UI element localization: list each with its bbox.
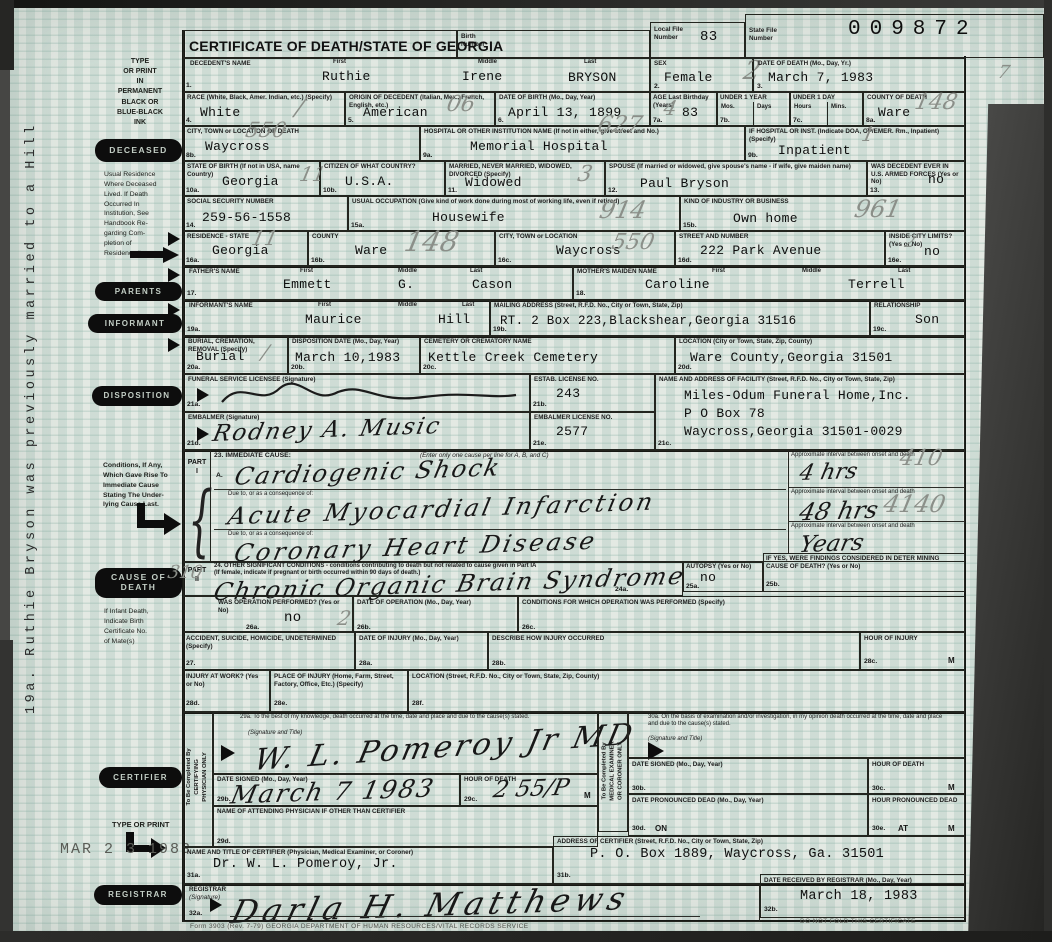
- chevron-disposition-icon: [168, 338, 180, 352]
- tab-deceased: DECEASED: [95, 139, 182, 162]
- funeral-licensee-signature: [216, 378, 521, 408]
- cause-b-code: 4140: [881, 490, 948, 518]
- embalmer-signature-arrow-icon: [197, 427, 209, 441]
- form-number-footer: Form 3903 (Rev. 7-79) GEORGIA DEPARTMENT…: [190, 923, 528, 930]
- occupation-num: 15a.: [351, 222, 364, 229]
- infant-instruction: If Infant Death, Indicate Birth Certific…: [104, 607, 178, 646]
- funeral-signature-arrow-icon: [197, 388, 209, 402]
- residence-state-code: 11: [249, 226, 280, 250]
- residence-instruction: Usual Residence Where Deceased Lived. If…: [104, 170, 178, 259]
- residence-arrow-stem: [130, 251, 164, 258]
- immediate-cause-label: 23. IMMEDIATE CAUSE:: [214, 452, 291, 460]
- informant-label: INFORMANT'S NAME: [189, 302, 253, 310]
- armed-forces-value: no: [928, 172, 944, 187]
- decedent-last-value: BRYSON: [568, 70, 617, 85]
- operation-conditions-num: 26c.: [522, 624, 535, 631]
- injury-work-num: 28d.: [186, 700, 200, 707]
- mother-first-header: First: [712, 268, 725, 274]
- hour-of-death-30-num: 30c.: [872, 785, 885, 792]
- attending-physician-label: NAME OF ATTENDING PHYSICIAN IF OTHER THA…: [217, 808, 405, 816]
- citizen-num: 10b.: [323, 187, 337, 194]
- ssn-num: 14.: [186, 222, 195, 229]
- decedent-name-label: DECEDENT'S NAME: [190, 60, 251, 68]
- hospital-code: 627: [595, 112, 644, 138]
- date-signed-30-label: DATE SIGNED (Mo., Day, Year): [632, 761, 723, 769]
- disposition-type-num: 20a.: [187, 364, 200, 371]
- armed-forces-num: 13.: [870, 187, 879, 194]
- armed-forces-label: WAS DECEDENT EVER IN U.S. ARMED FORCES (…: [871, 163, 959, 186]
- injury-place-label: PLACE OF INJURY (Home, Farm, Street, Fac…: [274, 673, 402, 688]
- chevron-parents-icon: [168, 268, 180, 282]
- pronounced-date-num: 30d.: [632, 825, 646, 832]
- origin-value: American: [363, 105, 428, 120]
- marital-num: 11.: [448, 187, 457, 194]
- hours-col-header: Hours: [794, 104, 811, 110]
- facility-line2: P O Box 78: [684, 406, 765, 421]
- last-col-header: Last: [584, 59, 596, 65]
- scan-edge-far-right: [1044, 0, 1052, 942]
- operation-date-label: DATE OF OPERATION (Mo., Day, Year): [357, 599, 471, 607]
- father-last-header: Last: [470, 268, 482, 274]
- autopsy-num: 25a.: [686, 583, 699, 590]
- disposition-location-num: 20d.: [678, 364, 692, 371]
- hour-of-death-30-m: M: [948, 783, 955, 792]
- type-or-print-note: TYPE OR PRINT: [112, 820, 182, 831]
- occupation-value: Housewife: [432, 210, 505, 225]
- residence-city-num: 16c.: [498, 257, 511, 264]
- registrar-label: REGISTRAR: [189, 886, 226, 894]
- accident-label: ACCIDENT, SUICIDE, HOMICIDE, UNDETERMINE…: [186, 635, 346, 650]
- under-1-year-label: UNDER 1 YEAR: [720, 94, 767, 102]
- chevron-residence-icon: [168, 232, 180, 246]
- state-file-value: 009872: [848, 18, 978, 41]
- pronounced-hour-label: HOUR PRONOUNCED DEAD: [872, 797, 960, 805]
- scan-edge-left: [0, 640, 13, 942]
- injury-hour-m: M: [948, 656, 955, 665]
- mailing-address-label: MAILING ADDRESS (Street, R.F.D. No., Cit…: [494, 302, 854, 310]
- sex-num: 2.: [654, 83, 660, 90]
- disposition-date-value: March 10,1983: [295, 350, 400, 365]
- estab-license-label: ESTAB. LICENSE NO.: [534, 376, 599, 384]
- type-print-instruction: TYPE OR PRINT IN PERMANENT BLACK OR BLUE…: [102, 57, 178, 128]
- certifier-address-value: P. O. Box 1889, Waycross, Ga. 31501: [590, 847, 884, 862]
- mother-last-value: Terrell: [848, 277, 905, 292]
- embalmer-license-label: EMBALMER LICENSE NO.: [534, 414, 612, 422]
- father-label: FATHER'S NAME: [189, 268, 240, 276]
- ssn-label: SOCIAL SECURITY NUMBER: [187, 198, 274, 206]
- informant-first-header: First: [318, 302, 331, 308]
- scan-edge-top: [0, 0, 1052, 8]
- cemetery-label: CEMETERY OR CREMATORY NAME: [424, 338, 532, 346]
- hospital-label: HOSPITAL OR OTHER INSTITUTION NAME (If n…: [424, 128, 724, 136]
- autopsy-value: no: [700, 570, 716, 585]
- ssn-value: 259-56-1558: [202, 210, 291, 225]
- part1-label: PART I: [184, 458, 210, 476]
- state-of-birth-num: 10a.: [186, 187, 199, 194]
- state-file-label: State File Number: [749, 27, 777, 42]
- operation-label: WAS OPERATION PERFORMED? (Yes or No): [218, 599, 348, 614]
- mother-last-header: Last: [898, 268, 910, 274]
- date-of-death-label: DATE OF DEATH (Mo., Day, Yr.): [758, 60, 851, 68]
- mother-num: 18.: [576, 290, 585, 297]
- state-of-birth-value: Georgia: [222, 174, 279, 189]
- race-num: 4.: [186, 117, 192, 124]
- certifying-physician-side-label: To Be Completed By CERTIFYING PHYSICIAN …: [186, 717, 210, 837]
- hour-of-death-30-label: HOUR OF DEATH: [872, 761, 924, 769]
- hour-of-death-29-value: 2 55/P: [491, 775, 572, 804]
- spouse-num: 12.: [608, 187, 617, 194]
- injury-date-num: 28a.: [359, 660, 372, 667]
- certifier-signature-arrow-icon: [221, 745, 235, 761]
- inside-limits-value: no: [924, 244, 940, 259]
- industry-value: Own home: [733, 211, 798, 226]
- residence-county-num: 16b.: [311, 257, 325, 264]
- facility-line3: Waycross,Georgia 31501-0029: [684, 424, 903, 439]
- occupation-code: 914: [597, 196, 649, 224]
- age-value: 83: [682, 105, 698, 120]
- relationship-num: 19c.: [873, 326, 886, 333]
- cause-a-code: 410: [897, 446, 944, 471]
- decedent-middle-value: Irene: [462, 69, 503, 84]
- under-1-day-divider: [827, 102, 828, 126]
- estab-license-value: 243: [556, 386, 580, 401]
- pronounced-hour-at: AT: [898, 824, 908, 833]
- residence-street-num: 16d.: [678, 257, 692, 264]
- mother-label: MOTHER'S MAIDEN NAME: [577, 268, 657, 276]
- local-file-value: 83: [700, 29, 717, 45]
- disposition-location-label: LOCATION (City or Town, State, Zip, Coun…: [679, 338, 812, 346]
- tab-parents: PARENTS: [95, 282, 182, 301]
- received-date-stamp: MAR 2 3 1983: [60, 841, 192, 858]
- hospital-num: 9a.: [423, 152, 432, 159]
- facility-line1: Miles-Odum Funeral Home,Inc.: [684, 388, 911, 403]
- facility-num: 21c.: [658, 440, 671, 447]
- origin-num: 5.: [348, 117, 354, 124]
- certifier-name-label: NAME AND TITLE OF CERTIFIER (Physician, …: [187, 849, 413, 857]
- part2-num: 24a.: [615, 586, 628, 593]
- industry-label: KIND OF INDUSTRY OR BUSINESS: [684, 198, 789, 206]
- residence-street-value: 222 Park Avenue: [700, 243, 822, 258]
- industry-code: 961: [852, 195, 904, 223]
- interval-c-label: Approximate interval between onset and d…: [791, 523, 961, 530]
- father-first-header: First: [300, 268, 313, 274]
- origin-code: 06: [444, 92, 477, 117]
- cause-brace: {: [188, 482, 213, 560]
- certifier-address-label: ADDRESS OF CERTIFIER (Street, R.F.D. No.…: [557, 838, 763, 846]
- date-of-birth-label: DATE OF BIRTH (Mo., Day, Year): [499, 94, 644, 102]
- date-of-birth-num: 6.: [498, 117, 504, 124]
- injury-hour-label: HOUR OF INJURY: [864, 635, 918, 643]
- cause-due-b: Due to, or as a consequence of:: [228, 491, 313, 498]
- spouse-value: Paul Bryson: [640, 176, 729, 191]
- birth-number-label: Birth Number: [461, 33, 485, 48]
- certifier-29a-sig-title: (Signature and Title): [248, 730, 302, 737]
- birth-number-cell: [457, 30, 650, 58]
- estab-license-num: 21b.: [533, 401, 547, 408]
- injury-location-num: 28f.: [412, 700, 424, 707]
- informant-middle-header: Middle: [398, 302, 417, 308]
- certifier-name-value: Dr. W. L. Pomeroy, Jr.: [213, 857, 398, 872]
- injury-place-num: 28e.: [274, 700, 287, 707]
- informant-num: 19a.: [187, 326, 200, 333]
- do-not-fold-footer: DO NOT FOLD THIS CERTIFICATE: [800, 918, 916, 925]
- relationship-label: RELATIONSHIP: [874, 302, 920, 310]
- marital-value: Widowed: [465, 175, 522, 190]
- autopsy-label: AUTOPSY (Yes or No): [686, 563, 760, 571]
- funeral-licensee-num: 21a.: [187, 401, 200, 408]
- embalmer-license-num: 21e.: [533, 440, 546, 447]
- father-cell: [183, 266, 573, 300]
- date-received-value: March 18, 1983: [800, 889, 918, 904]
- date-of-death-num: 3.: [757, 83, 763, 90]
- relationship-value: Son: [915, 312, 939, 327]
- attending-physician-num: 29d.: [217, 838, 231, 845]
- under-1-day-label: UNDER 1 DAY: [793, 94, 835, 102]
- injury-how-num: 28b.: [492, 660, 506, 667]
- injury-how-label: DESCRIBE HOW INJURY OCCURRED: [492, 635, 604, 643]
- residence-city-label: CITY, TOWN or LOCATION: [499, 233, 577, 241]
- race-value: White: [200, 105, 241, 120]
- residence-arrow-icon: [163, 247, 179, 263]
- margin-note-19a: 19a. Ruthie Bryson was previously marrie…: [24, 122, 39, 714]
- certifier-address-num: 31b.: [557, 872, 571, 879]
- findings-label: IF YES, WERE FINDINGS CONSIDERED IN DETE…: [766, 555, 958, 570]
- certifier-30a-statement: 30a. On the basis of examination and/or …: [648, 714, 948, 728]
- pronounced-hour-m: M: [948, 824, 955, 833]
- date-of-death-value: March 7, 1983: [768, 70, 873, 85]
- operation-conditions-label: CONDITIONS FOR WHICH OPERATION WAS PERFO…: [522, 599, 952, 607]
- embalmer-num: 21d.: [187, 440, 201, 447]
- first-col-header: First: [333, 59, 346, 65]
- interval-sep2: [788, 521, 965, 522]
- residence-state-label: RESIDENCE - STATE: [187, 233, 249, 241]
- interval-a-value: 4 hrs: [797, 459, 860, 486]
- under-1-day-num: 7c.: [793, 117, 802, 124]
- part2-code: 310: [166, 562, 205, 583]
- mos-col-header: Mos.: [721, 104, 735, 110]
- spouse-label: SPOUSE (If married or widowed, give spou…: [609, 163, 859, 171]
- county-of-death-value: Ware: [878, 105, 910, 120]
- injury-location-label: LOCATION (Street, R.F.D. No., City or To…: [412, 673, 599, 681]
- hour-of-death-29-num: 29c.: [464, 796, 477, 803]
- mins-col-header: Mins.: [831, 104, 846, 110]
- if-hospital-value: Inpatient: [778, 143, 851, 158]
- hospital-value: Memorial Hospital: [470, 139, 608, 154]
- industry-num: 15b.: [683, 222, 697, 229]
- interval-divider: [788, 450, 789, 553]
- father-num: 17.: [187, 290, 196, 297]
- chevron-informant-icon: [168, 303, 180, 317]
- tab-disposition: DISPOSITION: [92, 386, 182, 406]
- race-label: RACE (White, Black, Amer. Indian, etc.) …: [187, 94, 337, 102]
- decedent-first-value: Ruthie: [322, 69, 371, 84]
- father-first-value: Emmett: [283, 277, 332, 292]
- residence-county-value: Ware: [355, 243, 387, 258]
- disposition-date-num: 20b.: [291, 364, 305, 371]
- under-1-year-num: 7b.: [720, 117, 730, 124]
- father-middle-header: Middle: [398, 268, 417, 274]
- date-received-num: 32b.: [764, 906, 778, 913]
- operation-value: no: [284, 610, 301, 626]
- cemetery-num: 20c.: [423, 364, 436, 371]
- sex-value: Female: [664, 70, 713, 85]
- hour-of-death-29-m: M: [584, 791, 591, 800]
- conditions-arrow-icon: [164, 513, 181, 535]
- disposition-location-value: Ware County,Georgia 31501: [690, 350, 893, 365]
- informant-last-value: Hill: [438, 312, 470, 327]
- injury-work-label: INJURY AT WORK? (Yes or No): [186, 673, 266, 688]
- city-of-death-num: 8b.: [186, 152, 196, 159]
- residence-county-code: 148: [401, 225, 461, 258]
- if-hospital-label: IF HOSPITAL OR INST. (Indicate DOA, OP/E…: [749, 128, 954, 143]
- local-file-label: Local File Number: [654, 26, 683, 41]
- findings-num: 25b.: [766, 581, 780, 588]
- registrar-signature-arrow-icon: [210, 898, 222, 912]
- cemetery-value: Kettle Creek Cemetery: [428, 350, 598, 365]
- disposition-date-label: DISPOSITION DATE (Mo., Day, Year): [292, 338, 412, 346]
- date-signed-30-num: 30b.: [632, 785, 646, 792]
- residence-street-label: STREET AND NUMBER: [679, 233, 748, 241]
- scan-edge-bottom: [0, 931, 1052, 942]
- citizen-label: CITIZEN OF WHAT COUNTRY?: [324, 163, 439, 171]
- middle-col-header: Middle: [478, 59, 497, 65]
- tab-certifier: CERTIFIER: [99, 767, 182, 788]
- date-received-label: DATE RECEIVED BY REGISTRAR (Mo., Day, Ye…: [764, 877, 959, 885]
- decedent-name-num: 1.: [186, 82, 192, 89]
- accident-num: 27.: [186, 660, 195, 667]
- interval-sep1: [788, 487, 965, 488]
- county-of-death-code: 148: [912, 90, 959, 115]
- inside-limits-num: 16e.: [888, 257, 901, 264]
- certifier-name-num: 31a.: [187, 872, 200, 879]
- pronounced-hour-num: 30e.: [872, 825, 885, 832]
- sex-label: SEX: [654, 60, 667, 68]
- citizen-value: U.S.A.: [345, 174, 394, 189]
- scan-edge-topleft: [0, 0, 14, 70]
- cause-a-prefix: A.: [216, 472, 223, 479]
- medical-examiner-side-label: To Be Completed By MEDICAL EXAMINER OR C…: [602, 713, 626, 828]
- under-1-year-divider: [753, 102, 754, 126]
- registrar-signature-line: [230, 916, 700, 917]
- tab-registrar: REGISTRAR: [94, 885, 182, 905]
- injury-hour-num: 28c.: [864, 658, 877, 665]
- registrar-num: 32a.: [189, 910, 202, 917]
- informant-last-header: Last: [462, 302, 474, 308]
- days-col-header: Days: [757, 104, 771, 110]
- residence-county-label: COUNTY: [312, 233, 339, 241]
- residence-state-num: 16a.: [186, 257, 199, 264]
- facility-label: NAME AND ADDRESS OF FACILITY (Street, R.…: [659, 376, 959, 384]
- residence-city-code: 550: [609, 230, 656, 255]
- cause-a-line: [214, 489, 786, 490]
- if-hospital-num: 9b.: [748, 152, 758, 159]
- operation-num: 26a.: [246, 624, 259, 631]
- mailing-address-value: RT. 2 Box 223,Blackshear,Georgia 31516: [500, 314, 796, 328]
- city-of-death-code: 550: [243, 118, 288, 142]
- pronounced-date-on: ON: [655, 824, 667, 833]
- mother-middle-header: Middle: [802, 268, 821, 274]
- disposition-type-value: Burial: [196, 349, 245, 364]
- father-middle-value: G.: [398, 277, 414, 292]
- certifier-29a-statement: 29a. To the best of my knowledge, death …: [240, 714, 585, 721]
- injury-date-label: DATE OF INJURY (Mo., Day, Year): [359, 635, 459, 643]
- informant-first-value: Maurice: [305, 312, 362, 327]
- embalmer-license-value: 2577: [556, 424, 588, 439]
- mother-first-value: Caroline: [645, 277, 710, 292]
- conditions-arrow-elbow: [137, 520, 165, 528]
- scanned-death-certificate: 19a. Ruthie Bryson was previously marrie…: [0, 0, 1052, 942]
- father-last-value: Cason: [472, 277, 513, 292]
- operation-date-num: 26b.: [357, 624, 371, 631]
- pronounced-date-label: DATE PRONOUNCED DEAD (Mo., Day, Year): [632, 797, 764, 805]
